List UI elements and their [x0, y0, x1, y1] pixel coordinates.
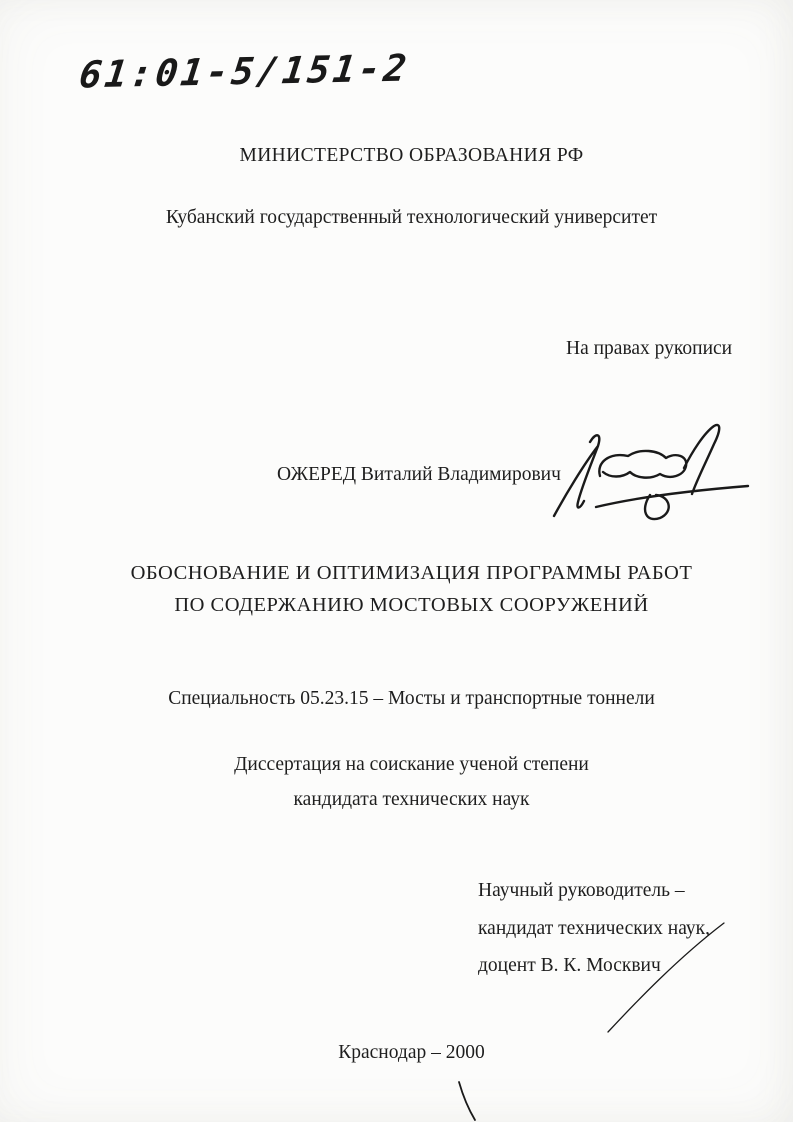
supervisor-line1: Научный руководитель – [478, 872, 710, 910]
pen-stroke-diagonal [600, 920, 732, 1036]
manuscript-note: На правах рукописи [566, 337, 732, 360]
city-year-line: Краснодар – 2000 [15, 1041, 793, 1064]
degree-line1: Диссертация на соискание ученой степени [15, 753, 793, 776]
dissertation-title-line2: ПО СОДЕРЖАНИЮ МОСТОВЫХ СООРУЖЕНИЙ [15, 594, 793, 617]
dissertation-title-page: 61:01-5/151-2 МИНИСТЕРСТВО ОБРАЗОВАНИЯ Р… [0, 0, 793, 1122]
ministry-header: МИНИСТЕРСТВО ОБРАЗОВАНИЯ РФ [15, 144, 793, 167]
university-name: Кубанский государственный технологически… [15, 206, 793, 229]
specialty-line: Специальность 05.23.15 – Мосты и транспо… [15, 687, 793, 710]
author-name: ОЖЕРЕД Виталий Владимирович [277, 463, 561, 486]
degree-line2: кандидата технических наук [15, 788, 793, 811]
pen-stroke-bottom [452, 1080, 482, 1122]
author-signature [546, 420, 753, 526]
handwritten-catalog-number: 61:01-5/151-2 [77, 47, 412, 97]
dissertation-title-line1: ОБОСНОВАНИЕ И ОПТИМИЗАЦИЯ ПРОГРАММЫ РАБО… [15, 562, 793, 585]
